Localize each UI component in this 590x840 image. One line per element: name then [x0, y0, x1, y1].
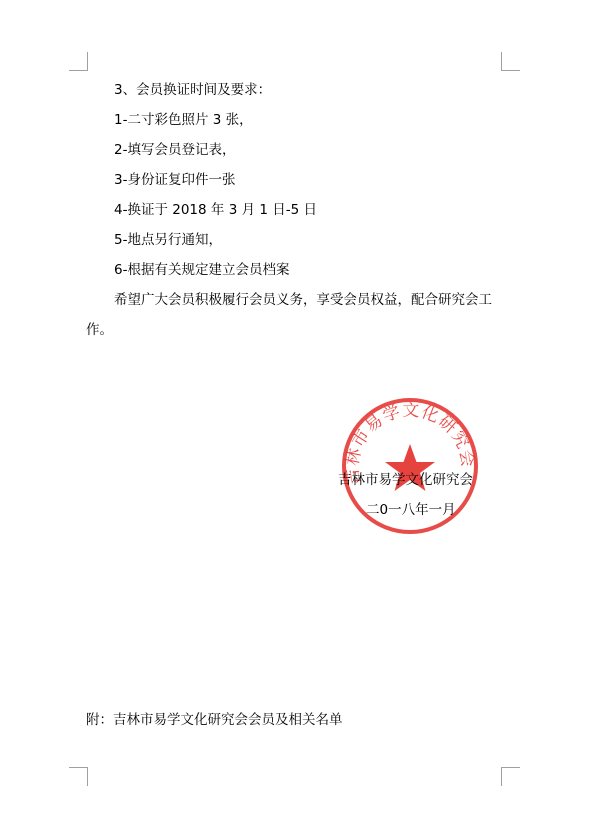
- list-item: 6-根据有关规定建立会员档案: [114, 262, 289, 278]
- list-item: 4-换证于 2018 年 3 月 1 日-5 日: [114, 202, 317, 218]
- page-corner-mark-top-right: [501, 52, 520, 71]
- paragraph-line-2: 作。: [86, 322, 113, 338]
- list-item: 5-地点另行通知，: [114, 232, 222, 248]
- page-corner-mark-bottom-left: [69, 767, 88, 786]
- page-corner-mark-top-left: [69, 52, 88, 71]
- signature-date: 二0一八年一月: [366, 502, 456, 518]
- attachment-note: 附：吉林市易学文化研究会会员及相关名单: [86, 712, 343, 728]
- page-corner-mark-bottom-right: [501, 767, 520, 786]
- list-item: 3-身份证复印件一张: [114, 172, 235, 188]
- list-item: 1-二寸彩色照片 3 张，: [114, 112, 253, 128]
- signature-organization: 吉林市易学文化研究会: [338, 472, 473, 488]
- paragraph-line-1: 希望广大会员积极履行会员义务，享受会员权益，配合研究会工: [114, 292, 492, 308]
- section-heading: 3、会员换证时间及要求：: [114, 82, 271, 98]
- list-item: 2-填写会员登记表，: [114, 142, 235, 158]
